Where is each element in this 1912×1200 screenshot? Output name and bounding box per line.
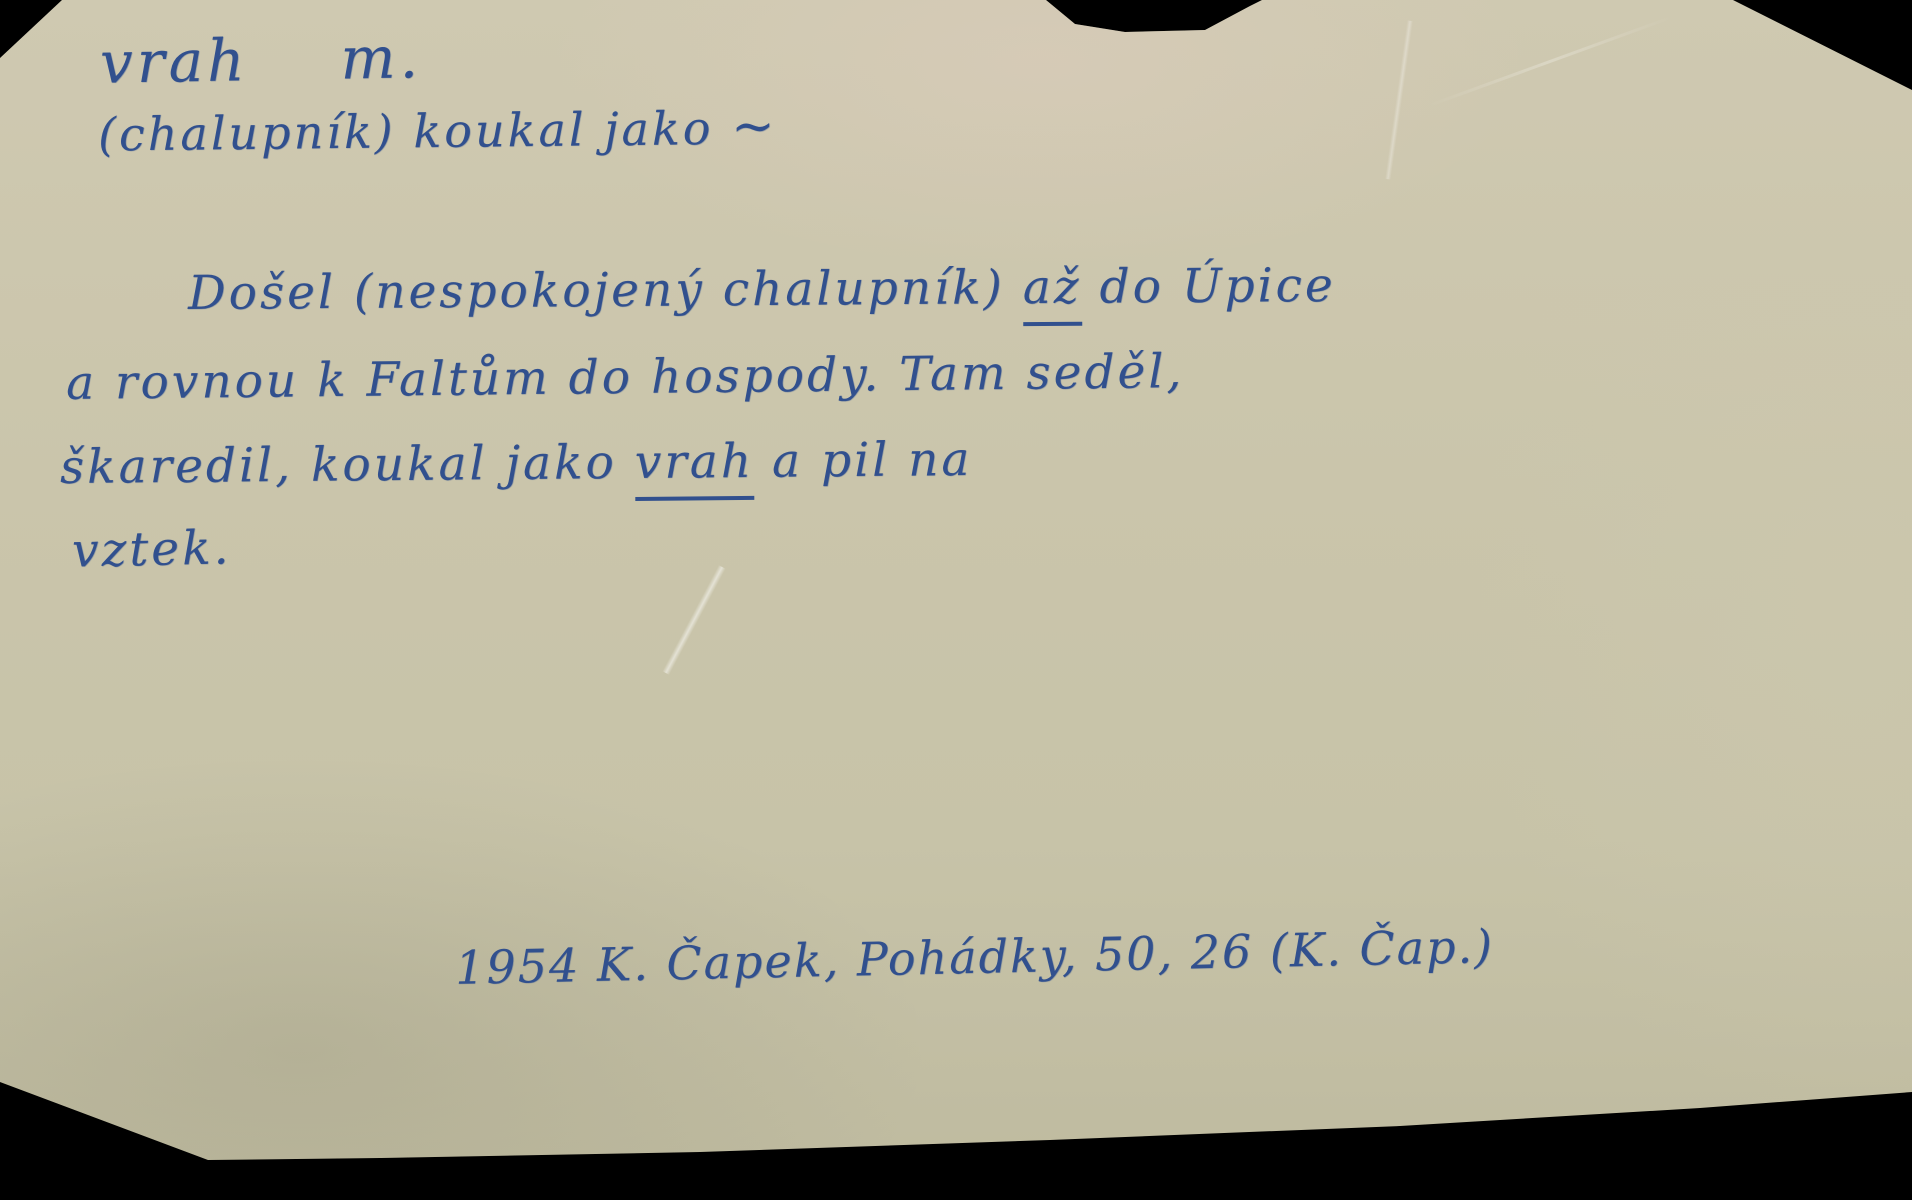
scanned-card: vrah m. (chalupník) koukal jako ~ Došel … (0, 0, 1912, 1200)
usage-text: (chalupník) koukal jako (98, 101, 714, 161)
usage-line: (chalupník) koukal jako ~ (98, 96, 778, 163)
quote-line-3-pre: škaredil, koukal jako (60, 435, 635, 495)
quote-line-1: Došel (nespokojený chalupník) až do Úpic… (188, 258, 1336, 321)
quote-line-2: a rovnou k Faltům do hospody. Tam seděl, (66, 344, 1185, 411)
headword-row: vrah m. (99, 23, 422, 97)
paper-crease (1385, 20, 1413, 179)
citation-line: 1954 K. Čapek, Pohádky, 50, 26 (K. Čap.) (455, 919, 1495, 995)
gender-abbreviation: m. (340, 23, 423, 92)
paper-card: vrah m. (chalupník) koukal jako ~ Došel … (0, 0, 1912, 1200)
quote-line-1-post: do Úpice (1081, 258, 1336, 315)
quote-line-3-underlined-word: vrah (635, 434, 755, 501)
tilde-headword-placeholder: ~ (731, 96, 778, 156)
paper-crease (662, 565, 725, 675)
quote-line-3: škaredil, koukal jako vrah a pil na (60, 432, 973, 495)
paper-crease (1427, 16, 1672, 108)
quote-line-1-pre: Došel (nespokojený chalupník) (188, 260, 1023, 321)
quote-line-1-underlined-word: až (1023, 260, 1082, 326)
headword: vrah (99, 26, 249, 97)
quote-line-3-post: a pil na (754, 432, 973, 489)
quote-line-4: vztek. (71, 520, 232, 578)
